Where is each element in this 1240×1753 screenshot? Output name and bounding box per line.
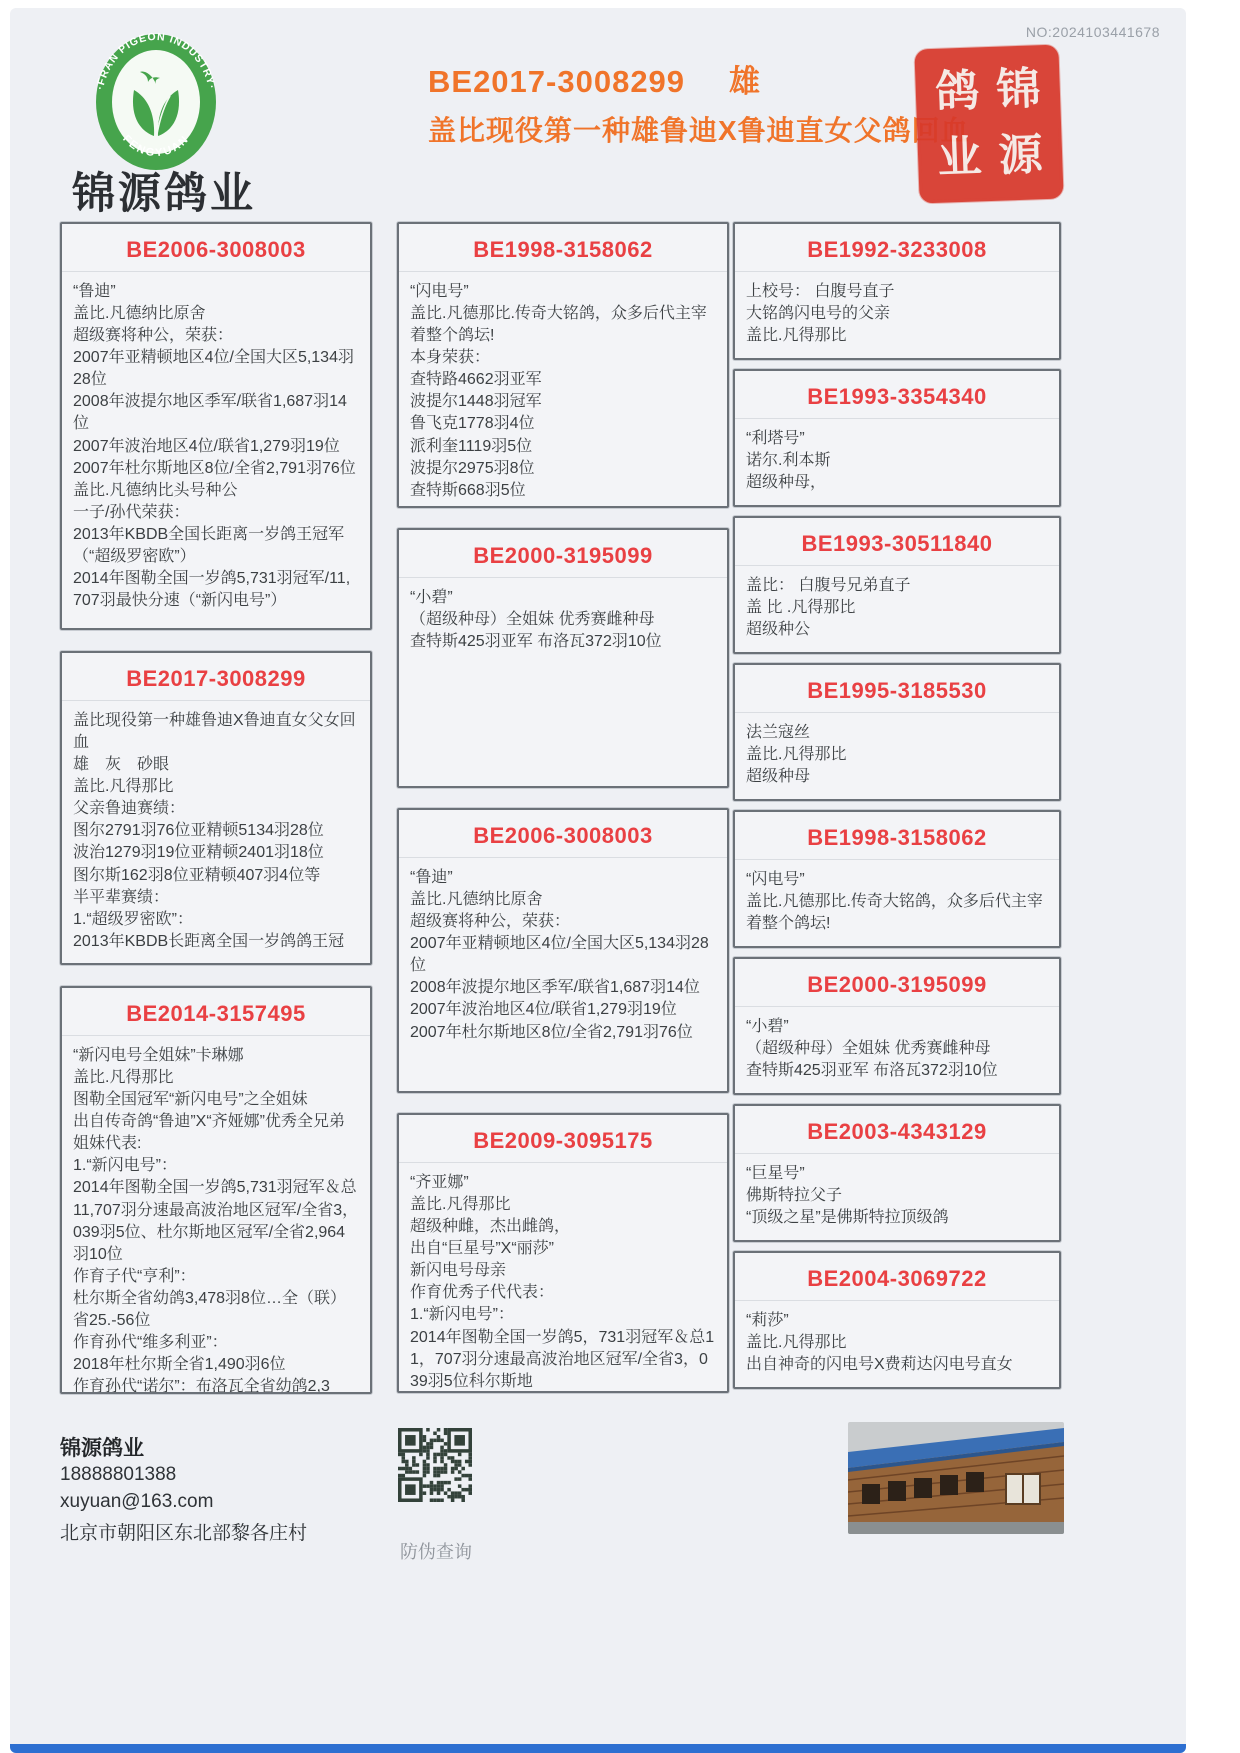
- pedigree-box: BE2017-3008299盖比现役第一种雄鲁迪X鲁迪直女父女回血雄 灰 砂眼盖…: [60, 651, 372, 965]
- pedigree-column: BE1998-3158062“闪电号”盖比.凡德那比.传奇大铭鸽，众多后代主宰着…: [397, 222, 729, 1393]
- pedigree-line: 1.“新闪电号”：: [410, 1304, 716, 1326]
- ring-number: BE2014-3157495: [62, 988, 370, 1036]
- pedigree-line: “小碧”: [746, 1016, 1048, 1038]
- pedigree-line: 2014年图勒全国一岁鸽5，731羽冠军＆总11，707羽分速最高波治地区冠军/…: [410, 1327, 716, 1393]
- pedigree-line: 一子/孙代荣获：: [73, 502, 359, 524]
- pedigree-text: “齐亚娜”盖比.凡得那比超级种雌，杰出雌鸽，出自“巨星号”X“丽莎”新闪电号母亲…: [399, 1163, 727, 1393]
- pedigree-line: “齐亚娜”: [410, 1172, 716, 1194]
- ring-number: BE1998-3158062: [399, 224, 727, 272]
- pedigree-line: 雄 灰 砂眼: [73, 754, 359, 776]
- pedigree-line: “鲁迪”: [73, 281, 359, 303]
- ring-number: BE2004-3069722: [735, 1253, 1059, 1301]
- footer-company-name: 锦源鸽业: [60, 1432, 144, 1462]
- ring-number: BE2003-4343129: [735, 1106, 1059, 1154]
- pedigree-line: 2007年波治地区4位/联省1,279羽19位: [410, 999, 716, 1021]
- pedigree-text: “利塔号”诺尔.利本斯超级种母，: [735, 419, 1059, 503]
- pedigree-text: “鲁迪”盖比.凡德纳比原舍超级赛将种公，荣获：2007年亚精顿地区4位/全国大区…: [399, 858, 727, 1053]
- ring-number: BE2006-3008003: [399, 810, 727, 858]
- ring-number: BE2000-3195099: [399, 530, 727, 578]
- pedigree-column: BE2006-3008003“鲁迪”盖比.凡德纳比原舍超级赛将种公，荣获：200…: [60, 222, 372, 1394]
- pedigree-box: BE2006-3008003“鲁迪”盖比.凡德纳比原舍超级赛将种公，荣获：200…: [60, 222, 372, 630]
- pedigree-line: “莉莎”: [746, 1310, 1048, 1332]
- loft-photo: [848, 1422, 1064, 1534]
- pedigree-line: “闪电号”: [746, 869, 1048, 891]
- pedigree-line: 图尔2791羽76位亚精顿5134羽28位: [73, 820, 359, 842]
- pedigree-box: BE2000-3195099“小碧”（超级种母）全姐妹 优秀赛雌种母查特斯425…: [397, 528, 729, 788]
- pedigree-line: 出自传奇鸽“鲁迪”X“齐娅娜”优秀全兄弟姐妹代表:: [73, 1111, 359, 1155]
- pedigree-line: 作育子代“亨利”：: [73, 1266, 359, 1288]
- pedigree-line: 盖比.凡得那比: [73, 1067, 359, 1089]
- pedigree-line: 波提尔1448羽冠军: [410, 391, 716, 413]
- pedigree-text: 法兰寇丝盖比.凡得那比超级种母: [735, 713, 1059, 797]
- pedigree-text: 盖比： 白腹号兄弟直子盖 比 .凡得那比超级种公: [735, 566, 1059, 650]
- pedigree-line: 本身荣获：: [410, 347, 716, 369]
- pedigree-line: 查特斯425羽亚军 布洛瓦372羽10位: [410, 631, 716, 653]
- pedigree-line: 盖比现役第一种雄鲁迪X鲁迪直女父女回血: [73, 710, 359, 754]
- pedigree-box: BE2006-3008003“鲁迪”盖比.凡德纳比原舍超级赛将种公，荣获：200…: [397, 808, 729, 1093]
- pedigree-line: 盖比.凡德纳比头号种公: [73, 480, 359, 502]
- pedigree-line: 盖比.凡得那比: [73, 776, 359, 798]
- pedigree-line: 出自神奇的闪电号X费莉达闪电号直女: [746, 1354, 1048, 1376]
- pedigree-column: BE1992-3233008上校号： 白腹号直子大铭鸽闪电号的父亲盖比.凡得那比…: [733, 222, 1061, 1389]
- ring-number: BE2017-3008299: [62, 653, 370, 701]
- pedigree-line: 杜尔斯全省幼鸽3,478羽8位…全（联）省25.-56位: [73, 1288, 359, 1332]
- pedigree-line: 超级种母: [746, 766, 1048, 788]
- pedigree-line: 2007年杜尔斯地区8位/全省2,791羽76位: [410, 1022, 716, 1044]
- footer-email: xuyuan@163.com: [60, 1491, 213, 1513]
- pedigree-line: “小碧”: [410, 587, 716, 609]
- ring-number: BE2009-3095175: [399, 1115, 727, 1163]
- pedigree-line: 佛斯特拉父子: [746, 1185, 1048, 1207]
- pedigree-line: 盖比.凡得那比: [746, 1332, 1048, 1354]
- pedigree-line: 1.“超级罗密欧”：: [73, 909, 359, 931]
- pedigree-line: 2013年KBDB全国长距离一岁鸽王冠军（“超级罗密欧”）: [73, 524, 359, 568]
- pedigree-text: “闪电号”盖比.凡德那比.传奇大铭鸽，众多后代主宰着整个鸽坛!本身荣获：查特路4…: [399, 272, 727, 508]
- pedigree-line: 上校号： 白腹号直子: [746, 281, 1048, 303]
- pedigree-line: 盖比.凡德那比.传奇大铭鸽，众多后代主宰着整个鸽坛!: [410, 303, 716, 347]
- pedigree-line: “巨星号”: [746, 1163, 1048, 1185]
- pedigree-box: BE1995-3185530法兰寇丝盖比.凡得那比超级种母: [733, 663, 1061, 801]
- pedigree-line: 盖比.凡德纳比原舍: [410, 889, 716, 911]
- footer-address: 北京市朝阳区东北部黎各庄村: [60, 1518, 307, 1545]
- pedigree-box: BE2003-4343129“巨星号”佛斯特拉父子“顶级之星”是佛斯特拉顶级鸽: [733, 1104, 1061, 1242]
- pedigree-line: 2008年波提尔地区季军/联省1,687羽14位: [73, 391, 359, 435]
- pedigree-box: BE1998-3158062“闪电号”盖比.凡德那比.传奇大铭鸽，众多后代主宰着…: [733, 810, 1061, 948]
- pedigree-line: 2007年亚精顿地区4位/全国大区5,134羽28位: [410, 933, 716, 977]
- ring-number: BE2000-3195099: [735, 959, 1059, 1007]
- pedigree-text: “鲁迪”盖比.凡德纳比原舍超级赛将种公，荣获：2007年亚精顿地区4位/全国大区…: [62, 272, 370, 621]
- pedigree-text: “新闪电号全姐妹”卡琳娜盖比.凡得那比图勒全国冠军“新闪电号”之全姐妹出自传奇鸽…: [62, 1036, 370, 1394]
- pedigree-text: “小碧”（超级种母）全姐妹 优秀赛雌种母查特斯425羽亚军 布洛瓦372羽10位: [399, 578, 727, 662]
- pedigree-box: BE1998-3158062“闪电号”盖比.凡德那比.传奇大铭鸽，众多后代主宰着…: [397, 222, 729, 508]
- pedigree-line: 作育孙代“维多利亚”：: [73, 1332, 359, 1354]
- pedigree-box: BE1992-3233008上校号： 白腹号直子大铭鸽闪电号的父亲盖比.凡得那比: [733, 222, 1061, 360]
- pedigree-line: 查特斯425羽亚军 布洛瓦372羽10位: [746, 1060, 1048, 1082]
- ring-number: BE1993-30511840: [735, 518, 1059, 566]
- qr-code-label: 防伪查询: [394, 1538, 478, 1564]
- pedigree-line: 2013年KBDB长距离全国一岁鸽鸽王冠: [73, 931, 359, 953]
- ring-number: BE1998-3158062: [735, 812, 1059, 860]
- pedigree-line: 2008年波提尔地区季军/联省1,687羽14位: [410, 977, 716, 999]
- pedigree-line: 派利奎1119羽5位: [410, 436, 716, 458]
- pedigree-card: NO:2024103441678 ·FRAN PIGEON INDUSTRY· …: [10, 8, 1186, 1753]
- pedigree-text: “闪电号”盖比.凡德那比.传奇大铭鸽，众多后代主宰着整个鸽坛!: [735, 860, 1059, 944]
- pedigree-line: 波治1279羽19位亚精顿2401羽18位: [73, 842, 359, 864]
- pedigree-line: 超级种雌，杰出雌鸽，: [410, 1216, 716, 1238]
- pedigree-line: 1.“新闪电号”：: [73, 1155, 359, 1177]
- pedigree-line: “顶级之星”是佛斯特拉顶级鸽: [746, 1207, 1048, 1229]
- pedigree-line: 鲁飞克1778羽4位: [410, 413, 716, 435]
- pedigree-line: 盖比.凡得那比: [746, 325, 1048, 347]
- anti-fake-qr-code: [398, 1428, 472, 1502]
- pedigree-line: “利塔号”: [746, 428, 1048, 450]
- pedigree-line: 2007年波治地区4位/联省1,279羽19位: [73, 436, 359, 458]
- pedigree-line: 出自“巨星号”X“丽莎”: [410, 1238, 716, 1260]
- pedigree-line: “鲁迪”: [410, 867, 716, 889]
- pedigree-box: BE2014-3157495“新闪电号全姐妹”卡琳娜盖比.凡得那比图勒全国冠军“…: [60, 986, 372, 1394]
- pedigree-box: BE1993-3354340“利塔号”诺尔.利本斯超级种母，: [733, 369, 1061, 507]
- pedigree-line: 2014年图勒全国一岁鸽5,731羽冠军＆总11,707羽分速最高波治地区冠军/…: [73, 1177, 359, 1265]
- pedigree-line: 作育孙代“诺尔”：布洛瓦全省幼鸽2,3: [73, 1376, 359, 1394]
- pedigree-line: 超级赛将种公，荣获：: [73, 325, 359, 347]
- pedigree-box: BE2009-3095175“齐亚娜”盖比.凡得那比超级种雌，杰出雌鸽，出自“巨…: [397, 1113, 729, 1393]
- pedigree-line: “闪电号”: [410, 281, 716, 303]
- ring-number: BE1993-3354340: [735, 371, 1059, 419]
- pedigree-line: “新闪电号全姐妹”卡琳娜: [73, 1045, 359, 1067]
- pedigree-line: 盖比.凡得那比: [410, 1194, 716, 1216]
- pedigree-line: 半平辈赛绩：: [73, 887, 359, 909]
- pedigree-box: BE1993-30511840盖比： 白腹号兄弟直子盖 比 .凡得那比超级种公: [733, 516, 1061, 654]
- pedigree-line: 超级赛将种公，荣获：: [410, 911, 716, 933]
- pedigree-text: “小碧”（超级种母）全姐妹 优秀赛雌种母查特斯425羽亚军 布洛瓦372羽10位: [735, 1007, 1059, 1091]
- pedigree-line: 2007年杜尔斯地区8位/全省2,791羽76位: [73, 458, 359, 480]
- pedigree-line: 盖比.凡得那比: [746, 744, 1048, 766]
- pedigree-line: 盖比.凡德纳比原舍: [73, 303, 359, 325]
- pedigree-line: 查特斯668羽5位: [410, 480, 716, 502]
- footer-phone: 18888801388: [60, 1464, 176, 1486]
- pedigree-line: 2014年图勒全国一岁鸽5,731羽冠军/11,707羽最快分速（“新闪电号”）: [73, 568, 359, 612]
- pedigree-line: 盖 比 .凡得那比: [746, 597, 1048, 619]
- pedigree-line: 图勒全国冠军“新闪电号”之全姐妹: [73, 1089, 359, 1111]
- pedigree-line: 新闪电号母亲: [410, 1260, 716, 1282]
- pedigree-text: “巨星号”佛斯特拉父子“顶级之星”是佛斯特拉顶级鸽: [735, 1154, 1059, 1238]
- bottom-edge-bar: [10, 1744, 1186, 1753]
- pedigree-box: BE2004-3069722“莉莎”盖比.凡得那比出自神奇的闪电号X费莉达闪电号…: [733, 1251, 1061, 1389]
- pedigree-line: 波提尔2975羽8位: [410, 458, 716, 480]
- pedigree-line: 法兰寇丝: [746, 722, 1048, 744]
- pedigree-line: 父亲鲁迪赛绩：: [73, 798, 359, 820]
- pedigree-line: 图尔斯162羽8位亚精顿407羽4位等: [73, 865, 359, 887]
- ring-number: BE2006-3008003: [62, 224, 370, 272]
- pedigree-text: “莉莎”盖比.凡得那比出自神奇的闪电号X费莉达闪电号直女: [735, 1301, 1059, 1385]
- pedigree-line: 盖比： 白腹号兄弟直子: [746, 575, 1048, 597]
- pedigree-line: 盖比.凡德那比.传奇大铭鸽，众多后代主宰着整个鸽坛!: [746, 891, 1048, 935]
- pedigree-line: 诺尔.利本斯: [746, 450, 1048, 472]
- pedigree-box: BE2000-3195099“小碧”（超级种母）全姐妹 优秀赛雌种母查特斯425…: [733, 957, 1061, 1095]
- pedigree-line: 2018年杜尔斯全省1,490羽6位: [73, 1354, 359, 1376]
- pedigree-line: （超级种母）全姐妹 优秀赛雌种母: [410, 609, 716, 631]
- pedigree-text: 上校号： 白腹号直子大铭鸽闪电号的父亲盖比.凡得那比: [735, 272, 1059, 356]
- pedigree-line: 超级种公: [746, 619, 1048, 641]
- pedigree-line: （超级种母）全姐妹 优秀赛雌种母: [746, 1038, 1048, 1060]
- pedigree-line: 查特路4662羽亚军: [410, 369, 716, 391]
- pedigree-line: 2007年亚精顿地区4位/全国大区5,134羽28位: [73, 347, 359, 391]
- ring-number: BE1995-3185530: [735, 665, 1059, 713]
- pedigree-line: 大铭鸽闪电号的父亲: [746, 303, 1048, 325]
- pedigree-line: 超级种母，: [746, 472, 1048, 494]
- pedigree-line: 作育优秀子代代表：: [410, 1282, 716, 1304]
- pedigree-text: 盖比现役第一种雄鲁迪X鲁迪直女父女回血雄 灰 砂眼盖比.凡得那比父亲鲁迪赛绩：图…: [62, 701, 370, 962]
- ring-number: BE1992-3233008: [735, 224, 1059, 272]
